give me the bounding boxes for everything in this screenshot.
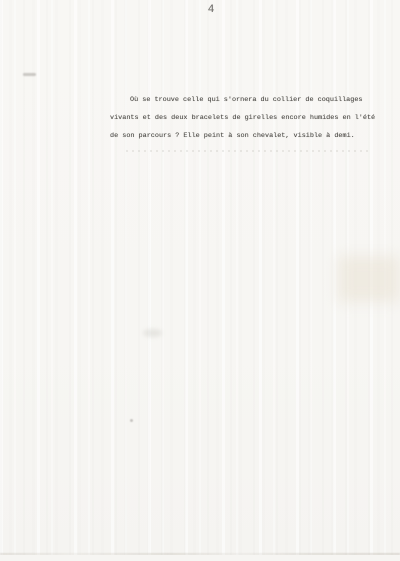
page-number: 4 (199, 2, 223, 18)
page-bottom-margin (0, 555, 400, 561)
scan-stain-artifact (338, 256, 400, 302)
show-through-artifact (126, 150, 369, 152)
pencil-mark-artifact (23, 73, 36, 76)
paragraph-line: vivants et des deux bracelets de girelle… (110, 109, 382, 127)
body-paragraph: Où se trouve celle qui s'ornera du colli… (110, 91, 382, 145)
scanned-page: 4 Où se trouve celle qui s'ornera du col… (0, 0, 400, 561)
speck-artifact (130, 419, 133, 422)
paragraph-line: Où se trouve celle qui s'ornera du colli… (110, 91, 382, 109)
smudge-artifact (143, 329, 162, 337)
paragraph-line: de son parcours ? Elle peint à son cheva… (110, 127, 382, 145)
